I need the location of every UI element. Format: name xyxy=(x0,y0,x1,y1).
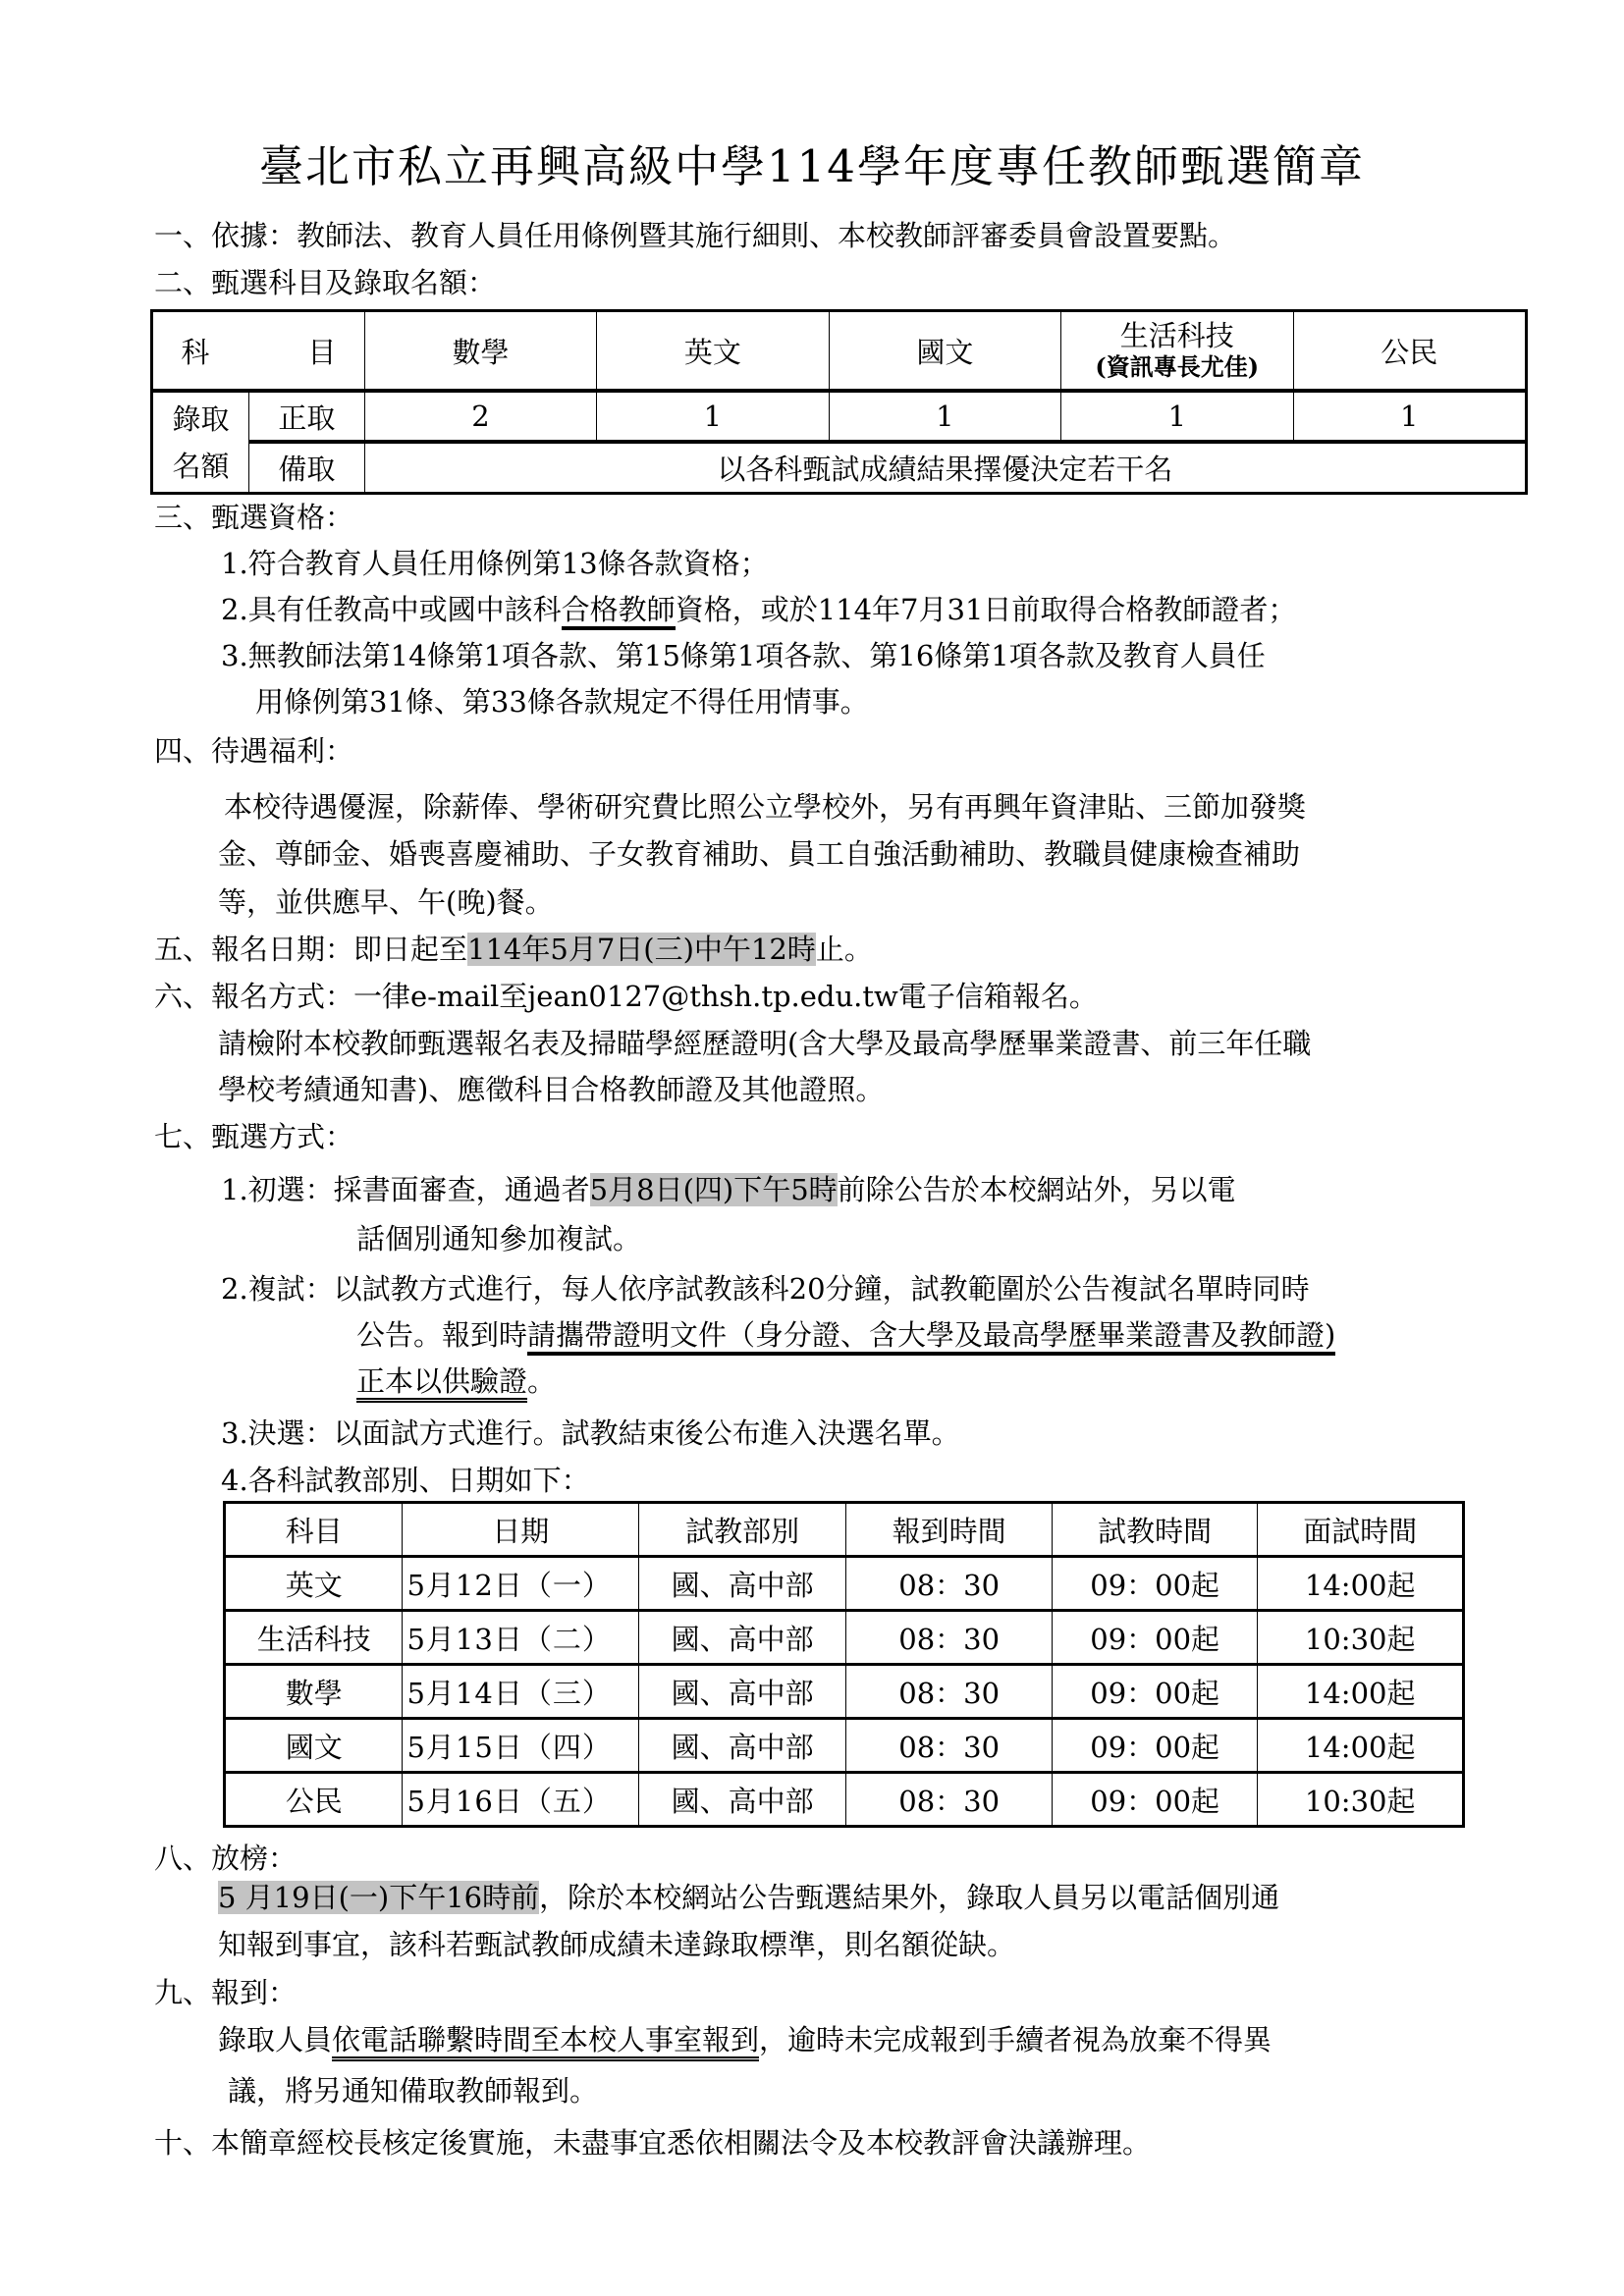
section-10-final: 十、本簡章經校長核定後實施，未盡事宜悉依相關法令及本校教評會決議辦理。 xyxy=(154,2123,1151,2163)
cell-interview: 14:00起 xyxy=(1258,1665,1464,1719)
preliminary-date-highlight: 5月8日(四)下午5時 xyxy=(590,1173,838,1206)
cell-date: 5月16日（五） xyxy=(403,1773,638,1827)
section-7-item-1: 1.初選：採書面審查，通過者5月8日(四)下午5時前除公告於本校網站外，另以電 xyxy=(221,1170,1236,1209)
section-4-heading: 四、待遇福利： xyxy=(154,731,353,771)
main-count-civics: 1 xyxy=(1293,391,1526,442)
deadline-label: 五、報名日期：即日起至 xyxy=(154,933,467,966)
deadline-highlight: 114年5月7日(三)中午12時 xyxy=(467,933,816,966)
section-4-line-3: 等，並供應早、午(晚)餐。 xyxy=(218,882,554,922)
subject-label-cell: 科目 xyxy=(152,311,365,392)
section-9-heading: 九、報到： xyxy=(154,1973,297,2012)
cell-date: 5月14日（三） xyxy=(403,1665,638,1719)
subject-civics: 公民 xyxy=(1293,311,1526,392)
section-3-item-3-cont: 用條例第31條、第33條各款規定不得任用情事。 xyxy=(255,682,869,721)
main-label: 正取 xyxy=(248,391,364,442)
cell-division: 國、高中部 xyxy=(638,1557,845,1611)
cell-date: 5月13日（二） xyxy=(403,1611,638,1665)
section-8-heading: 八、放榜： xyxy=(154,1839,297,1878)
section-2-heading: 二、甄選科目及錄取名額： xyxy=(154,263,496,302)
cell-checkin: 08：30 xyxy=(846,1665,1053,1719)
cell-subject: 國文 xyxy=(225,1719,403,1773)
cell-interview: 10:30起 xyxy=(1258,1773,1464,1827)
item-2-cont-text: 公告。報到時 xyxy=(356,1318,527,1352)
section-6-line-2: 請檢附本校教師甄選報名表及掃瞄學經歷證明(含大學及最高學歷畢業證書、前三年任職 xyxy=(218,1024,1311,1063)
schedule-row: 國文 5月15日（四） 國、高中部 08：30 09：00起 14:00起 xyxy=(225,1719,1464,1773)
subject-label-a: 科 xyxy=(181,336,209,369)
section-8-line-2: 知報到事宜，該科若甄試教師成績未達錄取標準，則名額從缺。 xyxy=(218,1925,1015,1964)
cell-subject: 公民 xyxy=(225,1773,403,1827)
section-7-item-2-cont: 公告。報到時請攜帶證明文件（身分證、含大學及最高學歷畢業證書及教師證) xyxy=(356,1315,1335,1355)
quota-group-label-a: 錄取 xyxy=(153,396,248,443)
section-4-line-2: 金、尊師金、婚喪喜慶補助、子女教育補助、員工自強活動補助、教職員健康檢查補助 xyxy=(218,834,1300,874)
cell-teaching: 09：00起 xyxy=(1052,1719,1258,1773)
period: 。 xyxy=(527,1364,556,1398)
backup-text: 以各科甄試成績結果擇優決定若干名 xyxy=(364,442,1526,494)
section-4-line-1: 本校待遇優渥，除薪俸、學術研究費比照公立學校外，另有再興年資津貼、三節加發獎 xyxy=(224,787,1306,827)
section-3-heading: 三、甄選資格： xyxy=(154,498,353,537)
schedule-row: 生活科技 5月13日（二） 國、高中部 08：30 09：00起 10:30起 xyxy=(225,1611,1464,1665)
schedule-table: 科目 日期 試教部別 報到時間 試教時間 面試時間 英文 5月12日（一） 國、… xyxy=(223,1501,1465,1828)
quota-backup-row: 備取 以各科甄試成績結果擇優決定若干名 xyxy=(152,442,1527,494)
section-1-basis: 一、依據：教師法、教育人員任用條例暨其施行細則、本校教師評審委員會設置要點。 xyxy=(154,216,1236,255)
backup-label: 備取 xyxy=(248,442,364,494)
report-text-a: 錄取人員 xyxy=(218,2023,332,2056)
cell-subject: 生活科技 xyxy=(225,1611,403,1665)
section-6-line-3: 學校考績通知書)、應徵科目合格教師證及其他證照。 xyxy=(218,1070,884,1109)
header-teaching-time: 試教時間 xyxy=(1052,1503,1258,1557)
header-checkin-time: 報到時間 xyxy=(846,1503,1053,1557)
main-count-math: 2 xyxy=(364,391,596,442)
announcement-date-highlight: 5 月19日(一)下午16時前 xyxy=(218,1881,539,1914)
subject-math: 數學 xyxy=(364,311,596,392)
subject-living-tech-label: 生活科技 xyxy=(1061,319,1292,352)
quota-table: 科目 數學 英文 國文 生活科技 (資訊專長尤佳) 公民 錄取 名額 正取 2 … xyxy=(150,309,1528,495)
cell-interview: 10:30起 xyxy=(1258,1611,1464,1665)
header-subject: 科目 xyxy=(225,1503,403,1557)
section-7-item-1-cont: 話個別通知參加複試。 xyxy=(356,1219,641,1258)
report-underlined: 依電話聯繫時間至本校人事室報到 xyxy=(332,2023,759,2061)
section-7-heading: 七、甄選方式： xyxy=(154,1117,353,1156)
originals-underlined: 正本以供驗證 xyxy=(356,1364,527,1403)
cell-subject: 數學 xyxy=(225,1665,403,1719)
section-9-line-2: 議，將另通知備取教師報到。 xyxy=(228,2071,598,2110)
cell-teaching: 09：00起 xyxy=(1052,1611,1258,1665)
main-count-living-tech: 1 xyxy=(1061,391,1293,442)
section-3-item-2: 2.具有任教高中或國中該科合格教師資格，或於114年7月31日前取得合格教師證者… xyxy=(221,590,1296,629)
quota-group-label-b: 名額 xyxy=(153,443,248,490)
section-7-item-2: 2.複試：以試教方式進行，每人依序試教該科20分鐘，試教範圍於公告複試名單時同時 xyxy=(221,1269,1310,1308)
section-5-deadline: 五、報名日期：即日起至114年5月7日(三)中午12時止。 xyxy=(154,930,873,969)
qualified-teacher-underlined: 合格教師 xyxy=(562,593,676,630)
cell-division: 國、高中部 xyxy=(638,1773,845,1827)
subject-label-b: 目 xyxy=(307,336,336,369)
subject-chinese: 國文 xyxy=(829,311,1060,392)
report-text-b: ，逾時未完成報到手續者視為放棄不得異 xyxy=(759,2023,1272,2056)
cell-division: 國、高中部 xyxy=(638,1611,845,1665)
section-3-item-3: 3.無教師法第14條第1項各款、第15條第1項各款、第16條第1項各款及教育人員… xyxy=(221,636,1266,675)
cell-teaching: 09：00起 xyxy=(1052,1557,1258,1611)
subject-living-tech-note: (資訊專長尤佳) xyxy=(1061,352,1292,382)
section-7-item-3: 3.決選：以面試方式進行。試教結束後公布進入決選名單。 xyxy=(221,1414,960,1453)
section-8-line-1: 5 月19日(一)下午16時前，除於本校網站公告甄選結果外，錄取人員另以電話個別… xyxy=(218,1878,1279,1917)
quota-header-row: 科目 數學 英文 國文 生活科技 (資訊專長尤佳) 公民 xyxy=(152,311,1527,392)
cell-checkin: 08：30 xyxy=(846,1557,1053,1611)
main-count-chinese: 1 xyxy=(829,391,1060,442)
announcement-text: ，除於本校網站公告甄選結果外，錄取人員另以電話個別通 xyxy=(539,1881,1279,1914)
cell-checkin: 08：30 xyxy=(846,1719,1053,1773)
schedule-row: 數學 5月14日（三） 國、高中部 08：30 09：00起 14:00起 xyxy=(225,1665,1464,1719)
quota-group-label: 錄取 名額 xyxy=(152,391,249,494)
header-division: 試教部別 xyxy=(638,1503,845,1557)
item-1-text-a: 1.初選：採書面審查，通過者 xyxy=(221,1173,590,1206)
cell-subject: 英文 xyxy=(225,1557,403,1611)
subject-english: 英文 xyxy=(597,311,829,392)
header-interview-time: 面試時間 xyxy=(1258,1503,1464,1557)
cell-checkin: 08：30 xyxy=(846,1773,1053,1827)
section-9-line-1: 錄取人員依電話聯繫時間至本校人事室報到，逾時未完成報到手續者視為放棄不得異 xyxy=(218,2020,1272,2059)
section-7-item-2-cont-2: 正本以供驗證。 xyxy=(356,1362,556,1401)
cell-division: 國、高中部 xyxy=(638,1719,845,1773)
subject-living-tech: 生活科技 (資訊專長尤佳) xyxy=(1061,311,1293,392)
schedule-header-row: 科目 日期 試教部別 報到時間 試教時間 面試時間 xyxy=(225,1503,1464,1557)
cell-division: 國、高中部 xyxy=(638,1665,845,1719)
item-2-text-b: 資格，或於114年7月31日前取得合格教師證者； xyxy=(676,593,1297,626)
documents-underlined: 請攜帶證明文件（身分證、含大學及最高學歷畢業證書及教師證) xyxy=(527,1318,1335,1356)
cell-interview: 14:00起 xyxy=(1258,1557,1464,1611)
main-count-english: 1 xyxy=(597,391,829,442)
item-2-text-a: 2.具有任教高中或國中該科 xyxy=(221,593,562,626)
cell-teaching: 09：00起 xyxy=(1052,1773,1258,1827)
cell-teaching: 09：00起 xyxy=(1052,1665,1258,1719)
cell-date: 5月12日（一） xyxy=(403,1557,638,1611)
cell-checkin: 08：30 xyxy=(846,1611,1053,1665)
item-1-text-b: 前除公告於本校網站外，另以電 xyxy=(838,1173,1236,1206)
section-3-item-1: 1.符合教育人員任用條例第13條各款資格； xyxy=(221,544,769,583)
schedule-row: 公民 5月16日（五） 國、高中部 08：30 09：00起 10:30起 xyxy=(225,1773,1464,1827)
section-7-item-4: 4.各科試教部別、日期如下： xyxy=(221,1461,590,1500)
quota-main-row: 錄取 名額 正取 2 1 1 1 1 xyxy=(152,391,1527,442)
cell-date: 5月15日（四） xyxy=(403,1719,638,1773)
deadline-end: 止。 xyxy=(816,933,873,966)
page-title: 臺北市私立再興高級中學114學年度專任教師甄選簡章 xyxy=(0,139,1624,194)
section-6-method: 六、報名方式：一律e-mail至jean0127@thsh.tp.edu.tw電… xyxy=(154,977,1098,1016)
header-date: 日期 xyxy=(403,1503,638,1557)
schedule-row: 英文 5月12日（一） 國、高中部 08：30 09：00起 14:00起 xyxy=(225,1557,1464,1611)
cell-interview: 14:00起 xyxy=(1258,1719,1464,1773)
